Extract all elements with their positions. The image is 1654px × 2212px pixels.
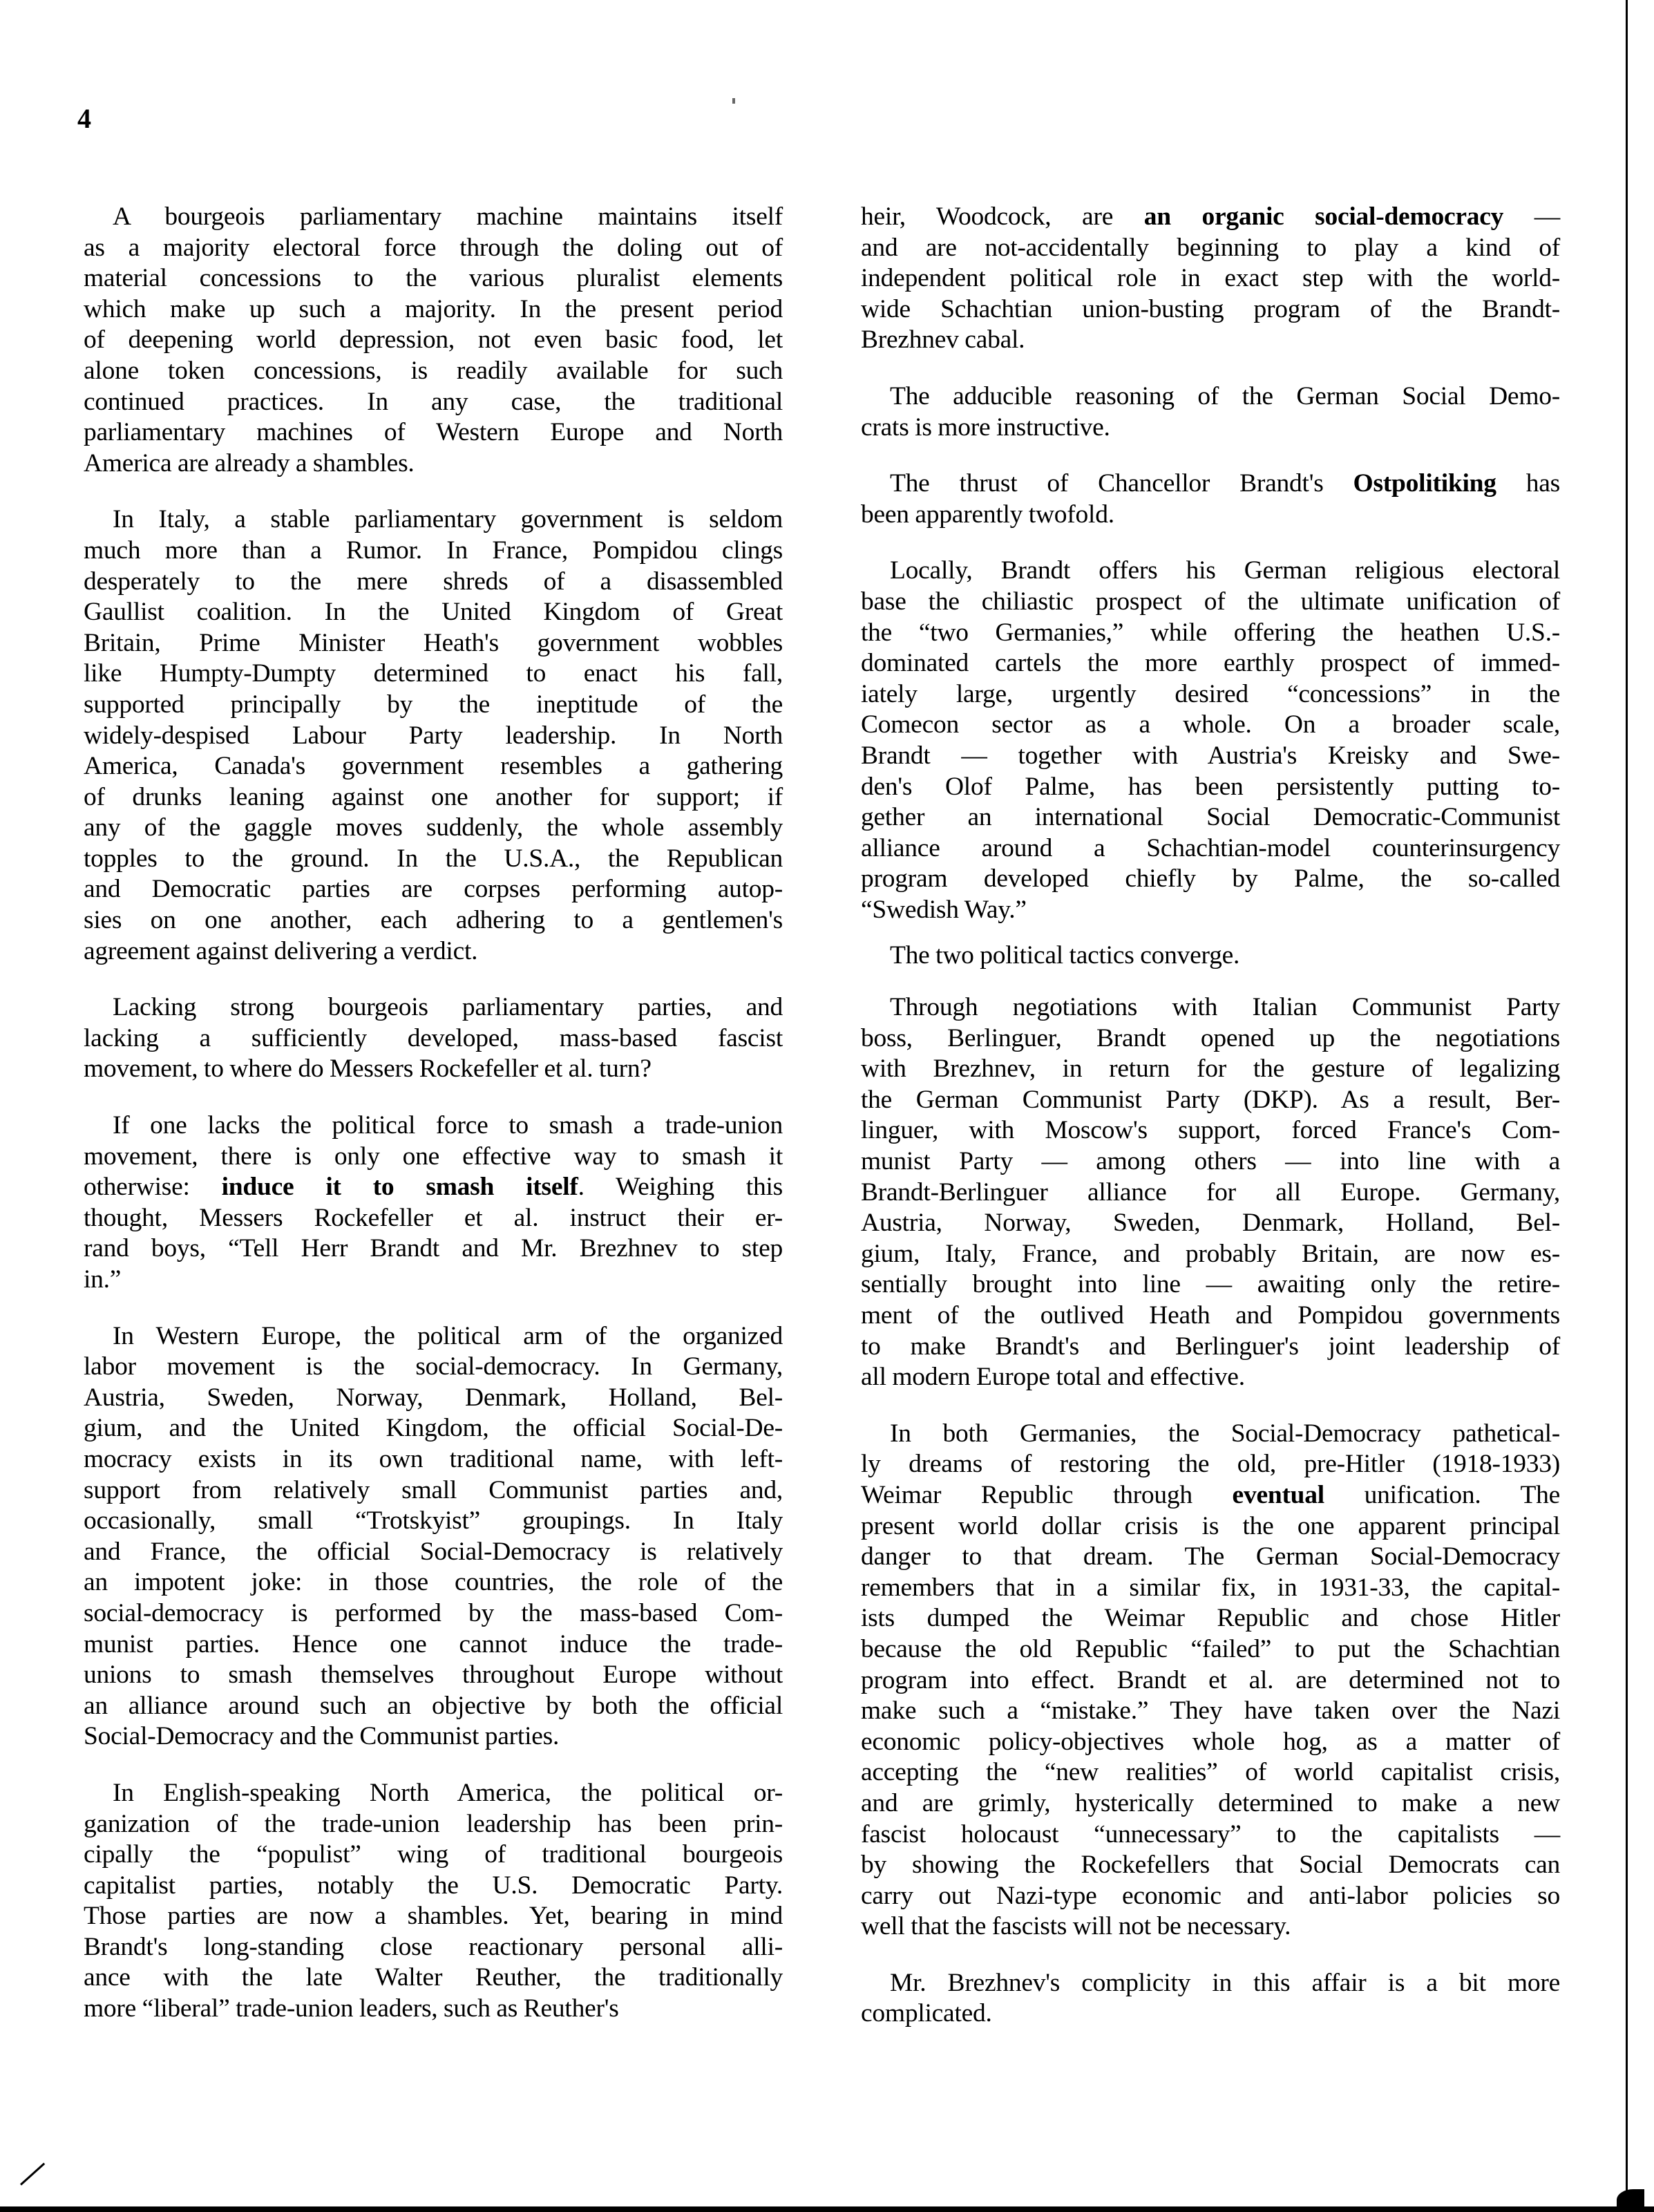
text-line: cipally the “populist” wing of tradition…	[84, 1840, 783, 1871]
text-line: like Humpty-Dumpty determined to enact h…	[84, 659, 783, 690]
text-line: an impotent joke: in those countries, th…	[84, 1567, 783, 1598]
text-line: If one lacks the political force to smas…	[84, 1110, 783, 1142]
document-page: 4 A bourgeois parliamentary machine main…	[0, 0, 1654, 2212]
text-line: munist Party — among others — into line …	[861, 1146, 1560, 1178]
text-line: economic policy-objectives whole hog, as…	[861, 1727, 1560, 1758]
text-line: which make up such a majority. In the pr…	[84, 294, 783, 325]
text-line: desperately to the mere shreds of a disa…	[84, 567, 783, 598]
paragraph-tactics-converge: The two political tactics converge.	[861, 940, 1560, 972]
text-line: and are grimly, hysterically determined …	[861, 1788, 1560, 1819]
text-line: otherwise: induce it to smash itself. We…	[84, 1172, 783, 1203]
text-line: well that the fascists will not be neces…	[861, 1911, 1560, 1942]
text-line: of drunks leaning against one another fo…	[84, 782, 783, 813]
bold-emphasis: Ostpolitiking	[1353, 469, 1496, 498]
scan-speck	[732, 98, 735, 104]
text-line: The two political tactics converge.	[861, 940, 1560, 972]
text-line: movement, to where do Messers Rockefelle…	[84, 1054, 783, 1085]
text-line: in.”	[84, 1265, 783, 1296]
text-line: America are already a shambles.	[84, 448, 783, 480]
text-line: The thrust of Chancellor Brandt's Ostpol…	[861, 469, 1560, 500]
text-line: ly dreams of restoring the old, pre-Hitl…	[861, 1449, 1560, 1480]
paragraph-italy-france-uk: In Italy, a stable parliamentary governm…	[84, 504, 783, 967]
text-line: accepting the “new realities” of world c…	[861, 1757, 1560, 1788]
text-line: to make Brandt's and Berlinguer's joint …	[861, 1332, 1560, 1363]
text-line: Brandt-Berlinguer alliance for all Europ…	[861, 1178, 1560, 1209]
corner-ink-blob	[1617, 2189, 1644, 2207]
text-line: linguer, with Moscow's support, forced F…	[861, 1115, 1560, 1146]
bold-emphasis: induce it to smash itself	[222, 1173, 578, 1201]
text-line: all modern Europe total and effective.	[861, 1362, 1560, 1393]
text-line: sies on one another, each adhering to a …	[84, 905, 783, 936]
text-line: and France, the official Social-Democrac…	[84, 1537, 783, 1568]
text-line: ment of the outlived Heath and Pompidou …	[861, 1301, 1560, 1332]
text-line: occasionally, small “Trotskyist” groupin…	[84, 1506, 783, 1537]
text-line: and are not-accidentally beginning to pl…	[861, 233, 1560, 264]
text-line: sentially brought into line — awaiting o…	[861, 1269, 1560, 1301]
text-line: ists dumped the Weimar Republic and chos…	[861, 1603, 1560, 1634]
text-line: base the chiliastic prospect of the ulti…	[861, 587, 1560, 618]
text-line: Brezhnev cabal.	[861, 325, 1560, 356]
text-line: parliamentary machines of Western Europe…	[84, 417, 783, 448]
bold-emphasis: eventual	[1233, 1481, 1324, 1509]
text-line: munist parties. Hence one cannot induce …	[84, 1629, 783, 1661]
corner-stroke-mark	[20, 2163, 45, 2186]
text-line: social-democracy is performed by the mas…	[84, 1598, 783, 1629]
text-line: Weimar Republic through eventual unifica…	[861, 1480, 1560, 1511]
text-line: thought, Messers Rockefeller et al. inst…	[84, 1203, 783, 1234]
text-line: Mr. Brezhnev's complicity in this affair…	[861, 1968, 1560, 1999]
text-line: because the old Republic “failed” to put…	[861, 1634, 1560, 1665]
text-line: In Italy, a stable parliamentary governm…	[84, 504, 783, 536]
text-line: with Brezhnev, in return for the gesture…	[861, 1054, 1560, 1085]
text-line: Through negotiations with Italian Commun…	[861, 992, 1560, 1023]
text-line: wide Schachtian union-busting program of…	[861, 294, 1560, 325]
text-line: widely-despised Labour Party leadership.…	[84, 721, 783, 752]
text-line: program developed chiefly by Palme, the …	[861, 864, 1560, 895]
paragraph-brezhnev-complicity: Mr. Brezhnev's complicity in this affair…	[861, 1968, 1560, 2030]
text-line: Brandt — together with Austria's Kreisky…	[861, 741, 1560, 772]
text-line: support from relatively small Communist …	[84, 1475, 783, 1506]
page-right-edge-line	[1626, 0, 1628, 2204]
text-line: crats is more instructive.	[861, 413, 1560, 444]
text-line: Locally, Brandt offers his German religi…	[861, 556, 1560, 587]
text-line: gium, Italy, France, and probably Britai…	[861, 1239, 1560, 1270]
text-line: much more than a Rumor. In France, Pompi…	[84, 536, 783, 567]
text-line: Austria, Sweden, Norway, Denmark, Hollan…	[84, 1383, 783, 1414]
text-line: Gaullist coalition. In the United Kingdo…	[84, 597, 783, 628]
text-line: ganization of the trade-union leadership…	[84, 1809, 783, 1840]
text-line: dominated cartels the more earthly prosp…	[861, 648, 1560, 679]
text-line: A bourgeois parliamentary machine mainta…	[84, 202, 783, 233]
text-line: Comecon sector as a whole. On a broader …	[861, 710, 1560, 741]
paragraph-smash-itself: If one lacks the political force to smas…	[84, 1110, 783, 1296]
text-line: the German Communist Party (DKP). As a r…	[861, 1085, 1560, 1116]
text-line: The adducible reasoning of the German So…	[861, 381, 1560, 413]
text-line: In English-speaking North America, the p…	[84, 1778, 783, 1809]
paragraph-western-europe: In Western Europe, the political arm of …	[84, 1321, 783, 1752]
text-line: alliance around a Schachtian-model count…	[861, 833, 1560, 864]
text-line: an alliance around such an objective by …	[84, 1691, 783, 1722]
paragraph-woodcock-continued: heir, Woodcock, are an organic social-de…	[861, 202, 1560, 356]
text-line: as a majority electoral force through th…	[84, 233, 783, 264]
right-column: heir, Woodcock, are an organic social-de…	[861, 202, 1560, 2030]
text-line: been apparently twofold.	[861, 500, 1560, 531]
text-line: gium, and the United Kingdom, the offici…	[84, 1413, 783, 1444]
text-line: ance with the late Walter Reuther, the t…	[84, 1963, 783, 1994]
text-line: lacking a sufficiently developed, mass-b…	[84, 1023, 783, 1055]
text-line: carry out Nazi-type economic and anti-la…	[861, 1881, 1560, 1912]
text-line: make such a “mistake.” They have taken o…	[861, 1696, 1560, 1727]
text-line: by showing the Rockefellers that Social …	[861, 1850, 1560, 1881]
paragraph-adducible-reasoning: The adducible reasoning of the German So…	[861, 381, 1560, 443]
text-line: danger to that dream. The German Social-…	[861, 1542, 1560, 1573]
paragraph-locally-brandt: Locally, Brandt offers his German religi…	[861, 556, 1560, 925]
text-line: capitalist parties, notably the U.S. Dem…	[84, 1871, 783, 1902]
bold-emphasis: an organic social-democracy	[1144, 202, 1503, 231]
text-line: iately large, urgently desired “concessi…	[861, 679, 1560, 710]
text-line: rand boys, “Tell Herr Brandt and Mr. Bre…	[84, 1233, 783, 1265]
text-line: alone token concessions, is readily avai…	[84, 356, 783, 387]
text-line: continued practices. In any case, the tr…	[84, 387, 783, 418]
text-line: present world dollar crisis is the one a…	[861, 1511, 1560, 1542]
left-column: A bourgeois parliamentary machine mainta…	[84, 202, 783, 2025]
text-line: the “two Germanies,” while offering the …	[861, 618, 1560, 649]
text-line: fascist holocaust “unnecessary” to the c…	[861, 1819, 1560, 1851]
text-line: any of the gaggle moves suddenly, the wh…	[84, 813, 783, 844]
text-line: den's Olof Palme, has been persistently …	[861, 772, 1560, 803]
text-line: of deepening world depression, not even …	[84, 325, 783, 356]
page-bottom-edge	[0, 2206, 1654, 2212]
text-line: remembers that in a similar fix, in 1931…	[861, 1573, 1560, 1604]
text-line: independent political role in exact step…	[861, 263, 1560, 294]
text-line: mocracy exists in its own traditional na…	[84, 1444, 783, 1475]
text-line: “Swedish Way.”	[861, 895, 1560, 926]
text-line: Lacking strong bourgeois parliamentary p…	[84, 992, 783, 1023]
text-line: Social-Democracy and the Communist parti…	[84, 1721, 783, 1752]
paragraph-parliamentary-machine: A bourgeois parliamentary machine mainta…	[84, 202, 783, 479]
text-line: supported principally by the ineptitude …	[84, 690, 783, 721]
text-line: material concessions to the various plur…	[84, 263, 783, 294]
text-line: boss, Berlinguer, Brandt opened up the n…	[861, 1023, 1560, 1055]
text-line: labor movement is the social-democracy. …	[84, 1352, 783, 1383]
text-line: program into effect. Brandt et al. are d…	[861, 1665, 1560, 1696]
paragraph-lacking-parties: Lacking strong bourgeois parliamentary p…	[84, 992, 783, 1085]
text-line: more “liberal” trade-union leaders, such…	[84, 1994, 783, 2025]
text-line: agreement against delivering a verdict.	[84, 936, 783, 967]
page-number: 4	[77, 104, 91, 134]
text-line: In Western Europe, the political arm of …	[84, 1321, 783, 1352]
text-line: Austria, Norway, Sweden, Denmark, Hollan…	[861, 1208, 1560, 1239]
text-line: In both Germanies, the Social-Democracy …	[861, 1419, 1560, 1450]
text-line: unions to smash themselves throughout Eu…	[84, 1660, 783, 1691]
text-line: Those parties are now a shambles. Yet, b…	[84, 1901, 783, 1932]
text-line: America, Canada's government resembles a…	[84, 751, 783, 782]
paragraph-both-germanies: In both Germanies, the Social-Democracy …	[861, 1419, 1560, 1942]
paragraph-negotiations: Through negotiations with Italian Commun…	[861, 992, 1560, 1393]
text-line: complicated.	[861, 1998, 1560, 2030]
text-line: Britain, Prime Minister Heath's governme…	[84, 628, 783, 659]
text-line: gether an international Social Democrati…	[861, 802, 1560, 833]
paragraph-north-america: In English-speaking North America, the p…	[84, 1778, 783, 2025]
text-line: topples to the ground. In the U.S.A., th…	[84, 844, 783, 875]
paragraph-ostpolitiking: The thrust of Chancellor Brandt's Ostpol…	[861, 469, 1560, 530]
text-line: heir, Woodcock, are an organic social-de…	[861, 202, 1560, 233]
text-line: Brandt's long-standing close reactionary…	[84, 1932, 783, 1963]
text-line: movement, there is only one effective wa…	[84, 1142, 783, 1173]
text-line: and Democratic parties are corpses perfo…	[84, 874, 783, 905]
